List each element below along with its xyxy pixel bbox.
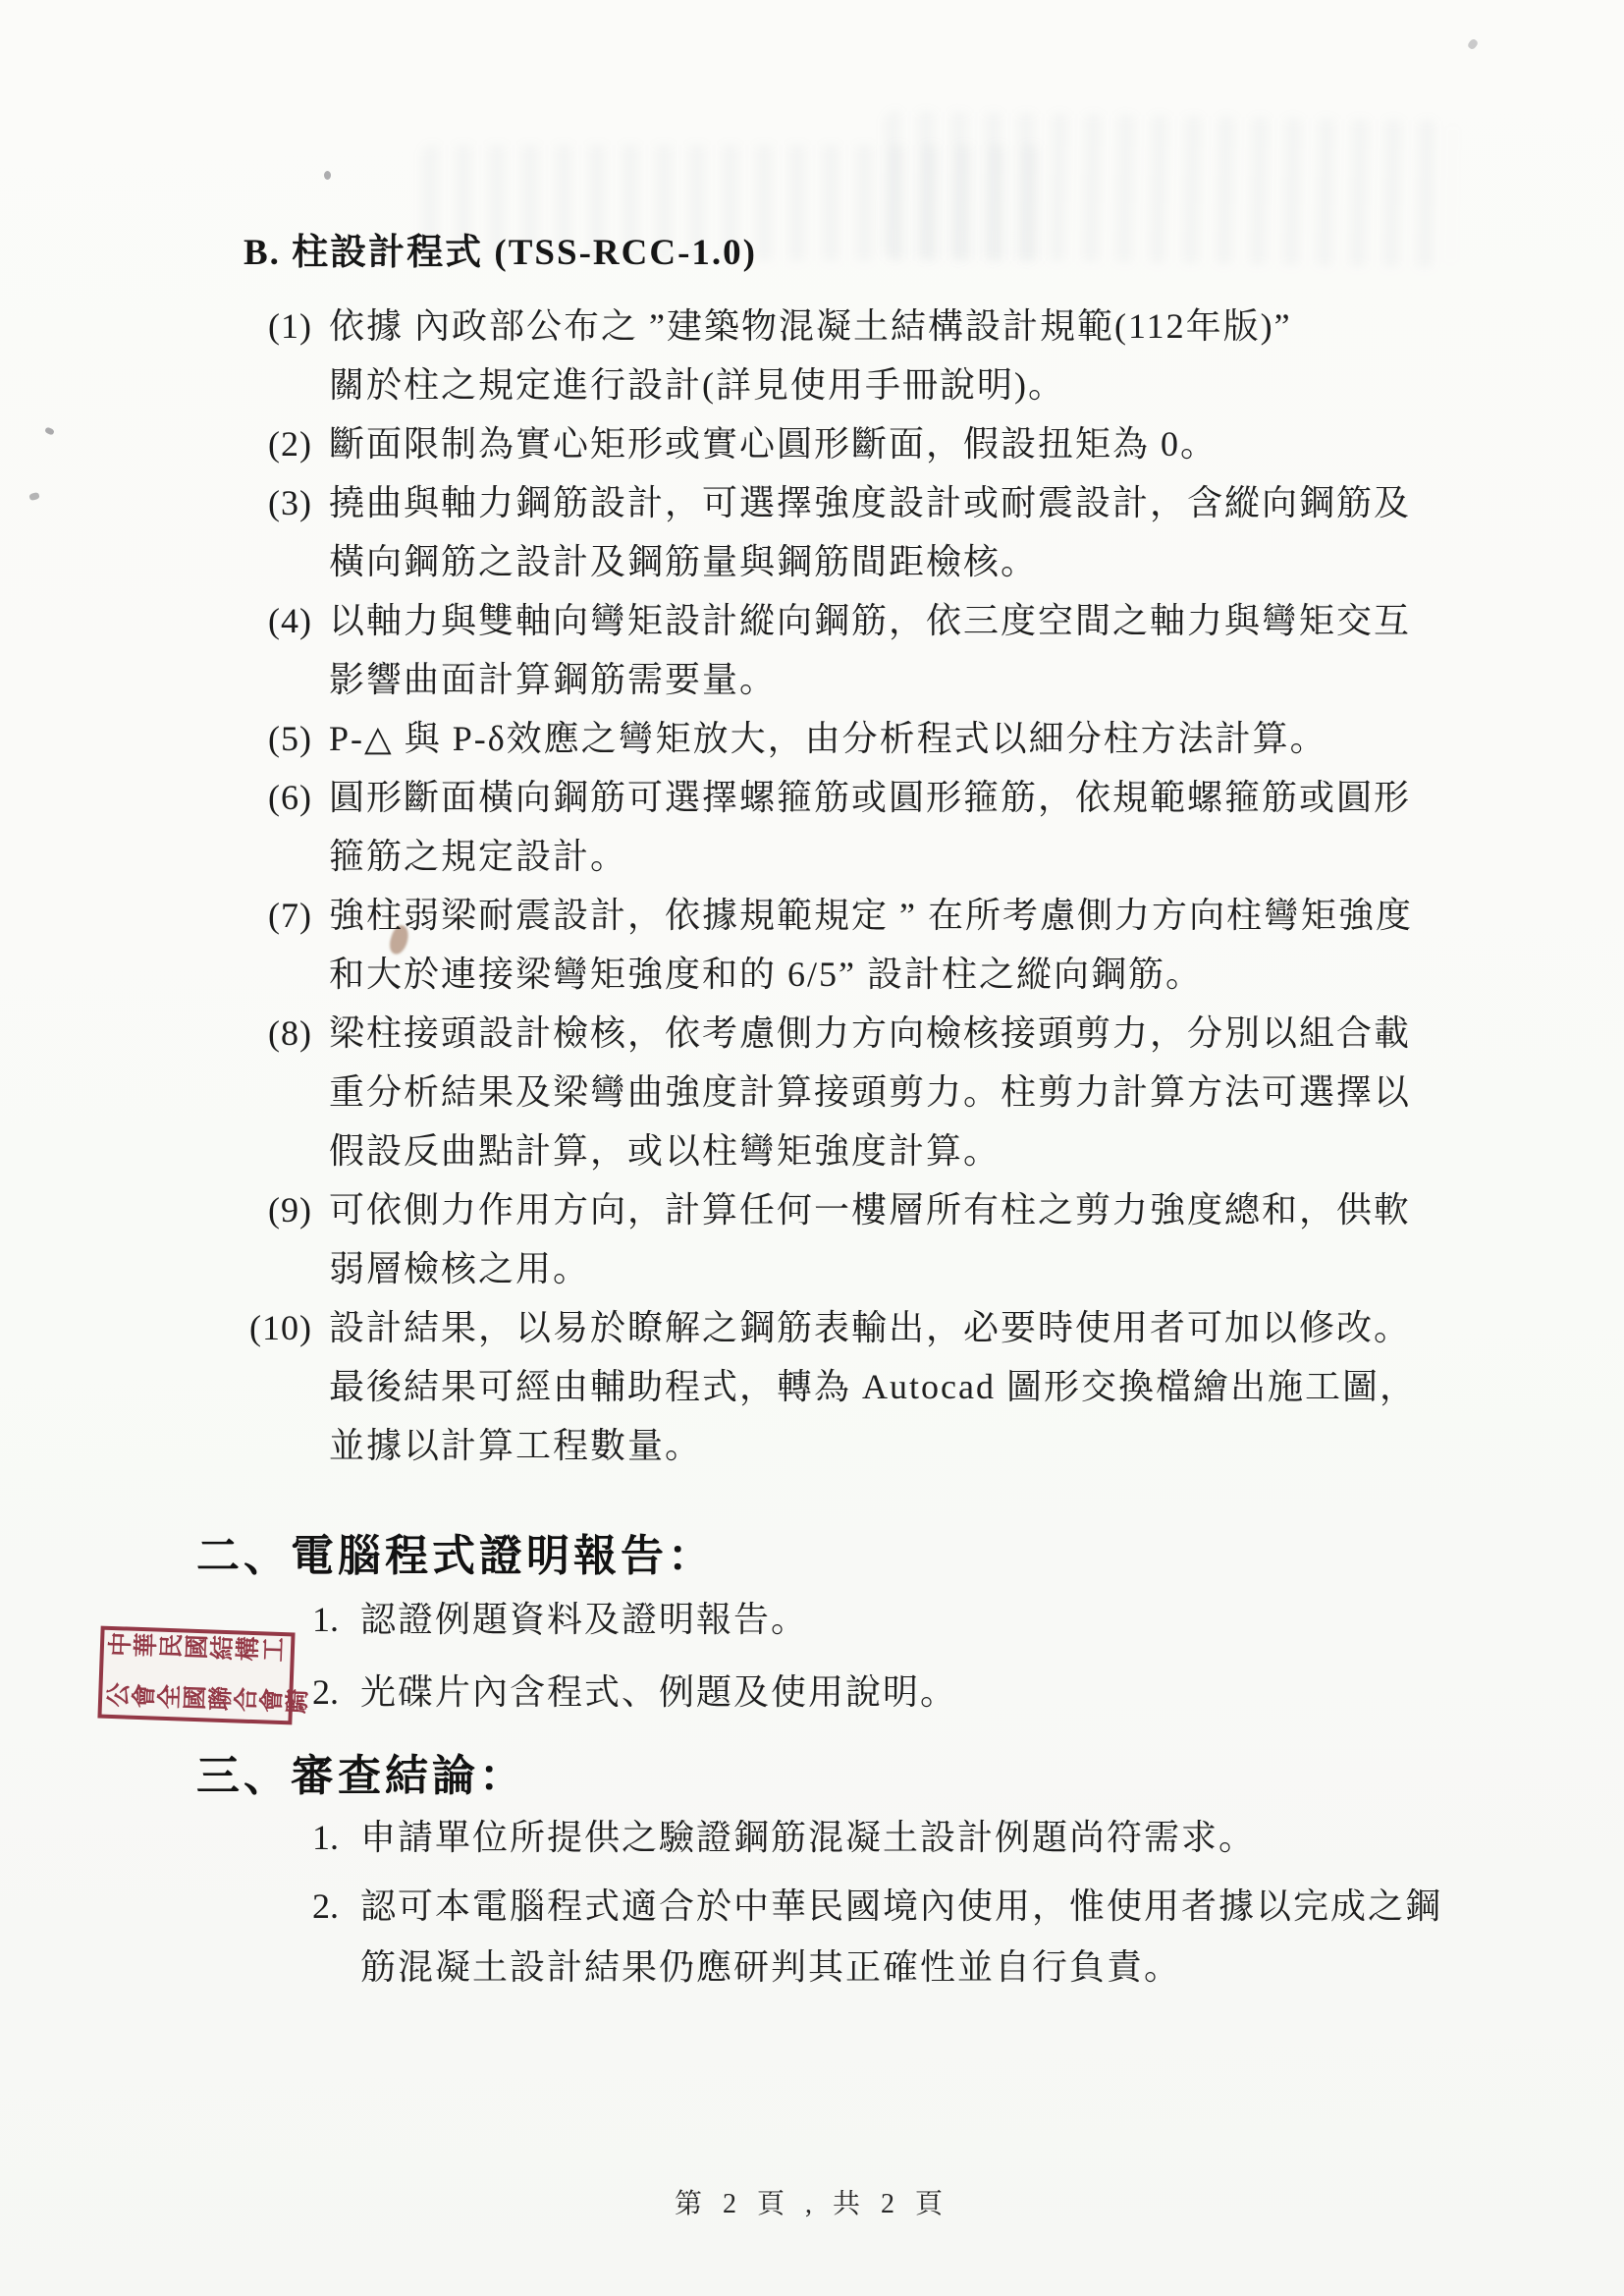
text-line: 可依側力作用方向，計算任何一樓層所有柱之剪力強度總和，供軟 <box>329 1180 1624 1239</box>
item-number: (1) <box>0 297 312 355</box>
text-line: 最後結果可經由輔助程式，轉為 Autocad 圖形交換檔繪出施工圖， <box>329 1357 1624 1416</box>
list-item-8: (8) 梁柱接頭設計檢核，依考慮側力方向檢核接頭剪力，分別以組合載 重分析結果及… <box>0 1004 1624 1180</box>
text-line: 依據 內政部公布之 ”建築物混凝土結構設計規範(112年版)” <box>329 297 1624 355</box>
item-number: (6) <box>0 768 312 827</box>
list-item-3: (3) 撓曲與軸力鋼筋設計，可選擇強度設計或耐震設計，含縱向鋼筋及 橫向鋼筋之設… <box>0 473 1624 591</box>
item-text: 光碟片內含程式、例題及使用說明。 <box>360 1662 957 1722</box>
item-number: (3) <box>0 473 312 532</box>
item-text: 撓曲與軸力鋼筋設計，可選擇強度設計或耐震設計，含縱向鋼筋及 橫向鋼筋之設計及鋼筋… <box>329 473 1624 591</box>
list-item-1: (1) 依據 內政部公布之 ”建築物混凝土結構設計規範(112年版)” 關於柱之… <box>0 297 1624 414</box>
text-line: 和大於連接梁彎矩強度和的 6/5” 設計柱之縱向鋼筋。 <box>329 945 1624 1004</box>
item-text: 申請單位所提供之驗證鋼筋混凝土設計例題尚符需求。 <box>360 1807 1256 1868</box>
text-line: 重分析結果及梁彎曲強度計算接頭剪力。柱剪力計算方法可選擇以 <box>329 1063 1624 1121</box>
item-text: 強柱弱梁耐震設計，依據規範規定 ” 在所考慮側力方向柱彎矩強度 和大於連接梁彎矩… <box>329 886 1624 1004</box>
section-3-heading: 三、審查結論： <box>196 1740 526 1803</box>
list-item-9: (9) 可依側力作用方向，計算任何一樓層所有柱之剪力強度總和，供軟 弱層檢核之用… <box>0 1180 1624 1298</box>
item-text: 設計結果，以易於瞭解之鋼筋表輸出，必要時使用者可加以修改。 最後結果可經由輔助程… <box>329 1298 1624 1475</box>
text-line: 以軸力與雙軸向彎矩設計縱向鋼筋，依三度空間之軸力與彎矩交互 <box>329 591 1624 650</box>
text-line: 申請單位所提供之驗證鋼筋混凝土設計例題尚符需求。 <box>360 1807 1256 1868</box>
item-number: (4) <box>0 591 312 650</box>
stamp-border: 中華民國結構工 公會全國聯合會騎 <box>97 1626 295 1725</box>
stamp-text-line-2: 公會全國聯合會騎 <box>105 1685 287 1718</box>
text-line: 圓形斷面橫向鋼筋可選擇螺箍筋或圓形箍筋，依規範螺箍筋或圓形 <box>329 768 1624 827</box>
item-text: P-△ 與 P-δ效應之彎矩放大，由分析程式以細分柱方法計算。 <box>329 709 1624 768</box>
text-line: 橫向鋼筋之設計及鋼筋量與鋼筋間距檢核。 <box>329 532 1624 591</box>
item-number: (8) <box>0 1004 312 1063</box>
item-number: 2. <box>0 1876 339 1997</box>
text-line: 並據以計算工程數量。 <box>329 1416 1624 1475</box>
item-text: 認可本電腦程式適合於中華民國境內使用，惟使用者據以完成之鋼 筋混凝土設計結果仍應… <box>360 1876 1442 1997</box>
scan-speck <box>324 171 331 180</box>
item-text: 認證例題資料及證明報告。 <box>360 1589 808 1650</box>
text-line: 認證例題資料及證明報告。 <box>360 1589 808 1650</box>
text-line: 關於柱之規定進行設計(詳見使用手冊說明)。 <box>329 355 1624 414</box>
list-item-5: (5) P-△ 與 P-δ效應之彎矩放大，由分析程式以細分柱方法計算。 <box>0 709 1624 768</box>
text-line: 光碟片內含程式、例題及使用說明。 <box>360 1662 957 1722</box>
list-item-6: (6) 圓形斷面橫向鋼筋可選擇螺箍筋或圓形箍筋，依規範螺箍筋或圓形 箍筋之規定設… <box>0 768 1624 886</box>
item-text: 圓形斷面橫向鋼筋可選擇螺箍筋或圓形箍筋，依規範螺箍筋或圓形 箍筋之規定設計。 <box>329 768 1624 886</box>
text-line: 弱層檢核之用。 <box>329 1239 1624 1298</box>
item-text: 斷面限制為實心矩形或實心圓形斷面，假設扭矩為 0。 <box>329 414 1624 473</box>
stamp-text-line-1: 中華民國結構工 <box>107 1634 289 1667</box>
item-text: 以軸力與雙軸向彎矩設計縱向鋼筋，依三度空間之軸力與彎矩交互 影響曲面計算鋼筋需要… <box>329 591 1624 709</box>
text-line: 筋混凝土設計結果仍應研判其正確性並自行負責。 <box>360 1937 1442 1997</box>
text-line: 設計結果，以易於瞭解之鋼筋表輸出，必要時使用者可加以修改。 <box>329 1298 1624 1357</box>
scan-speck <box>1467 38 1480 51</box>
text-line: 影響曲面計算鋼筋需要量。 <box>329 650 1624 709</box>
scanned-document-page: B. 柱設計程式 (TSS-RCC-1.0) (1) 依據 內政部公布之 ”建築… <box>0 0 1624 2296</box>
list-item-10: (10) 設計結果，以易於瞭解之鋼筋表輸出，必要時使用者可加以修改。 最後結果可… <box>0 1298 1624 1475</box>
text-line: P-△ 與 P-δ效應之彎矩放大，由分析程式以細分柱方法計算。 <box>329 709 1624 768</box>
section-3-item-2: 2. 認可本電腦程式適合於中華民國境內使用，惟使用者據以完成之鋼 筋混凝土設計結… <box>0 1876 1442 1997</box>
text-line: 箍筋之規定設計。 <box>329 827 1624 886</box>
section-2-heading: 二、電腦程式證明報告： <box>196 1520 715 1583</box>
item-text: 可依側力作用方向，計算任何一樓層所有柱之剪力強度總和，供軟 弱層檢核之用。 <box>329 1180 1624 1298</box>
item-text: 梁柱接頭設計檢核，依考慮側力方向檢核接頭剪力，分別以組合載 重分析結果及梁彎曲強… <box>329 1004 1624 1180</box>
item-number: (7) <box>0 886 312 945</box>
text-line: 撓曲與軸力鋼筋設計，可選擇強度設計或耐震設計，含縱向鋼筋及 <box>329 473 1624 532</box>
red-seal-stamp: 中華民國結構工 公會全國聯合會騎 <box>99 1628 294 1722</box>
list-item-2: (2) 斷面限制為實心矩形或實心圓形斷面，假設扭矩為 0。 <box>0 414 1624 473</box>
item-number: (9) <box>0 1180 312 1239</box>
list-item-7: (7) 強柱弱梁耐震設計，依據規範規定 ” 在所考慮側力方向柱彎矩強度 和大於連… <box>0 886 1624 1004</box>
text-line: 強柱弱梁耐震設計，依據規範規定 ” 在所考慮側力方向柱彎矩強度 <box>329 886 1624 945</box>
section-3-item-1: 1. 申請單位所提供之驗證鋼筋混凝土設計例題尚符需求。 <box>0 1807 1256 1868</box>
text-line: 斷面限制為實心矩形或實心圓形斷面，假設扭矩為 0。 <box>329 414 1624 473</box>
item-number: 1. <box>0 1807 339 1868</box>
item-number: (2) <box>0 414 312 473</box>
text-line: 梁柱接頭設計檢核，依考慮側力方向檢核接頭剪力，分別以組合載 <box>329 1004 1624 1063</box>
list-item-4: (4) 以軸力與雙軸向彎矩設計縱向鋼筋，依三度空間之軸力與彎矩交互 影響曲面計算… <box>0 591 1624 709</box>
text-line: 認可本電腦程式適合於中華民國境內使用，惟使用者據以完成之鋼 <box>360 1876 1442 1937</box>
section-b-title: B. 柱設計程式 (TSS-RCC-1.0) <box>244 234 1624 273</box>
text-line: 假設反曲點計算，或以柱彎矩強度計算。 <box>329 1121 1624 1180</box>
item-number: (10) <box>0 1298 312 1357</box>
section-b: B. 柱設計程式 (TSS-RCC-1.0) (1) 依據 內政部公布之 ”建築… <box>0 234 1624 1475</box>
item-number: (5) <box>0 709 312 768</box>
page-number-footer: 第 2 頁 , 共 2 頁 <box>0 2182 1624 2221</box>
item-text: 依據 內政部公布之 ”建築物混凝土結構設計規範(112年版)” 關於柱之規定進行… <box>329 297 1624 414</box>
